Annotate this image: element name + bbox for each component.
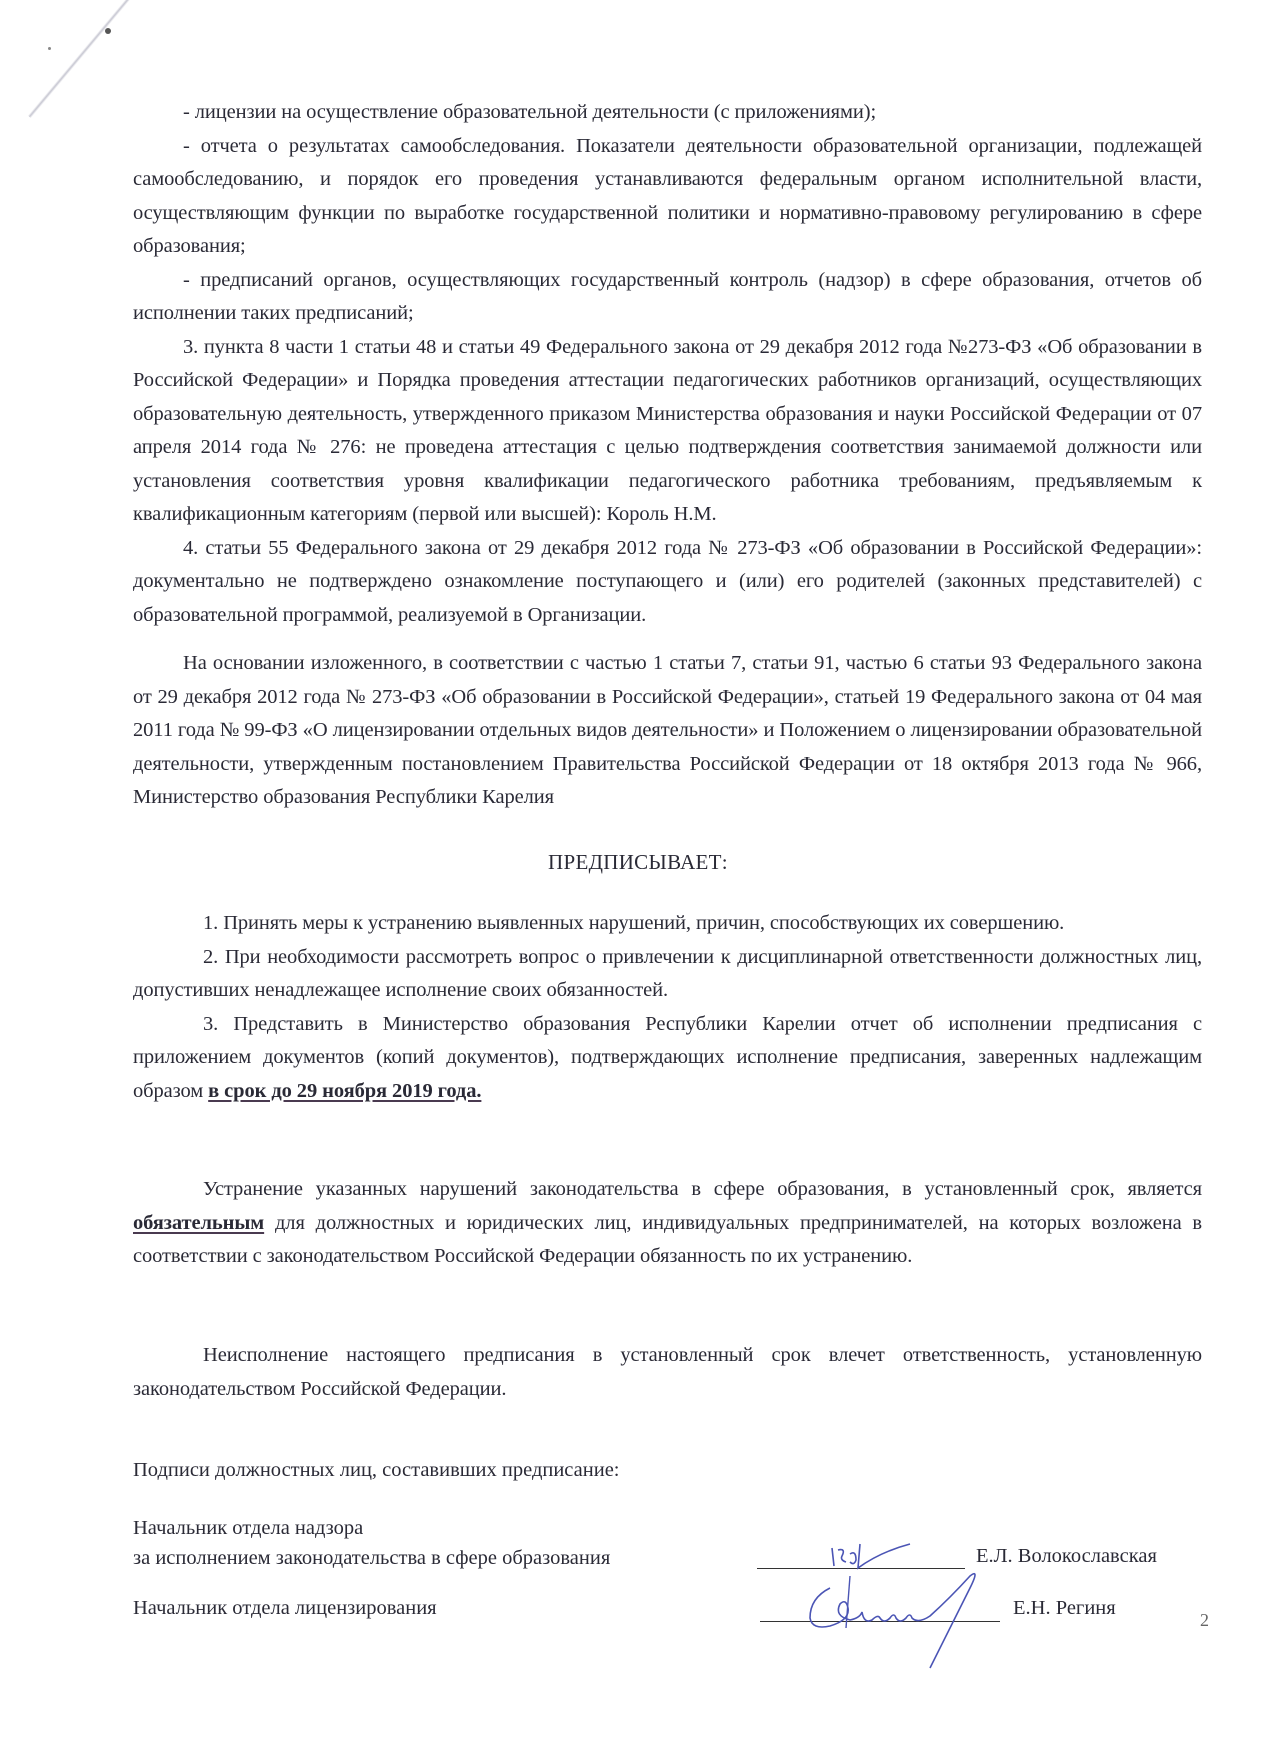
directive-item-2: 2. При необходимости рассмотреть вопрос … [133, 941, 1202, 1008]
top-list: - лицензии на осуществление образователь… [133, 96, 1202, 632]
obligation-text-after: для должностных и юридических лиц, индив… [133, 1212, 1202, 1268]
directive-item-1: 1. Принять меры к устранению выявленных … [133, 907, 1202, 941]
official-2-name: Е.Н. Региня [1013, 1597, 1116, 1620]
list-item-license: - лицензии на осуществление образователь… [133, 96, 1202, 130]
signatures-heading: Подписи должностных лиц, составивших пре… [133, 1455, 620, 1485]
violation-item-4: 4. статьи 55 Федерального закона от 29 д… [133, 532, 1202, 633]
obligation-text-before: Устранение указанных нарушений законодат… [203, 1178, 1202, 1200]
page-number: 2 [1200, 1610, 1209, 1631]
official-2-title: Начальник отдела лицензирования [133, 1593, 437, 1623]
handwritten-signature-2 [790, 1568, 1010, 1678]
official-1-name: Е.Л. Волокославская [976, 1545, 1157, 1568]
directive-title: ПРЕДПИСЫВАЕТ: [0, 850, 1276, 875]
official-1-title-line1: Начальник отдела надзора [133, 1513, 363, 1543]
obligation-emphasis: обязательным [133, 1212, 264, 1234]
directives-section: 1. Принять меры к устранению выявленных … [133, 907, 1202, 1108]
deadline-text: в срок до 29 ноября 2019 года. [208, 1080, 481, 1102]
list-item-self-assessment: - отчета о результатах самообследования.… [133, 130, 1202, 264]
liability-paragraph: Неисполнение настоящего предписания в ус… [133, 1339, 1202, 1406]
basis-paragraph: На основании изложенного, в соответствии… [133, 647, 1202, 815]
list-item-orders: - предписаний органов, осуществляющих го… [133, 264, 1202, 331]
scan-dot-artifact [48, 47, 51, 50]
basis-section: На основании изложенного, в соответствии… [133, 647, 1202, 815]
obligation-section: Устранение указанных нарушений законодат… [133, 1173, 1202, 1274]
scan-dot-artifact [105, 28, 111, 34]
liability-section: Неисполнение настоящего предписания в ус… [133, 1339, 1202, 1406]
directive-item-3: 3. Представить в Министерство образовани… [133, 1008, 1202, 1109]
document-page: - лицензии на осуществление образователь… [0, 0, 1276, 1755]
violation-item-3: 3. пункта 8 части 1 статьи 48 и статьи 4… [133, 331, 1202, 532]
obligation-paragraph: Устранение указанных нарушений законодат… [133, 1173, 1202, 1274]
official-1-title-line2: за исполнением законодательства в сфере … [133, 1543, 610, 1573]
